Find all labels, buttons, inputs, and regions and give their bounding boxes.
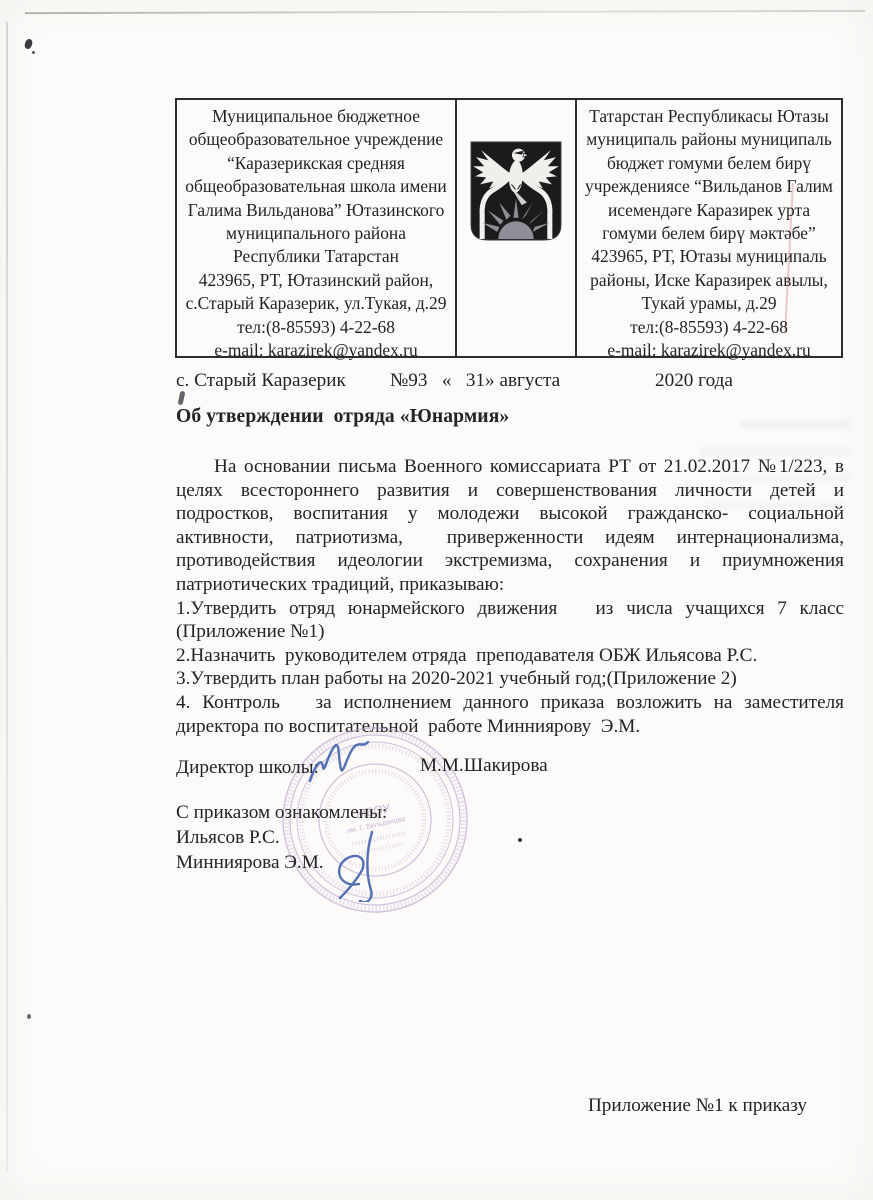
ink-speck <box>32 51 35 54</box>
org-address-tt: 423965, РТ, Ютазы муниципаль районы, Иск… <box>584 245 834 315</box>
org-phone-ru: тел:(8-85593) 4-22-68 <box>184 316 448 339</box>
letterhead-russian: Муниципальное бюджетное общеобразователь… <box>175 98 457 358</box>
coat-of-arms-icon <box>469 140 563 243</box>
director-name: М.М.Шакирова <box>420 755 548 777</box>
letterhead-tatar: Татарстан Республикасы Ютазы муниципаль … <box>575 98 843 358</box>
appendix-reference: Приложение №1 к приказу <box>585 1095 807 1117</box>
letterhead-table: Муниципальное бюджетное общеобразователь… <box>175 98 845 358</box>
org-name-tt: Татарстан Республикасы Ютазы муниципаль … <box>584 105 834 245</box>
org-email-ru: e-mail: karazirek@yandex.ru <box>184 339 448 362</box>
director-autograph <box>302 733 392 791</box>
order-item-4: 4. Контроль за исполнением данного прика… <box>176 691 844 738</box>
director-signature-row: Директор школы: <box>176 755 319 780</box>
org-name-ru: Муниципальное бюджетное общеобразователь… <box>184 105 448 269</box>
order-place: с. Старый Каразерик <box>176 370 346 392</box>
order-subject: Об утверждении отряда «Юнармия» <box>176 406 509 428</box>
order-preamble: На основании письма Военного комиссариат… <box>176 455 844 597</box>
ink-speck <box>518 838 522 842</box>
order-year: 2020 года <box>655 370 733 392</box>
org-phone-tt: тел:(8-85593) 4-22-68 <box>584 316 834 339</box>
letterhead-emblem-cell <box>455 98 577 358</box>
order-item-2: 2.Назначить руководителем отряда препода… <box>176 644 844 668</box>
bleed-through-smudge <box>740 420 850 429</box>
director-label: Директор школы: <box>176 757 319 778</box>
order-item-3: 3.Утвердить план работы на 2020-2021 уче… <box>176 667 844 691</box>
order-item-1: 1.Утвердить отряд юнармейского движения … <box>176 597 844 644</box>
ink-speck <box>24 38 34 50</box>
deputy-autograph <box>327 822 412 902</box>
ink-speck <box>27 1014 31 1019</box>
scan-edge-line-left <box>6 22 8 1172</box>
scan-edge-line <box>25 10 865 14</box>
scanned-order-document: Муниципальное бюджетное общеобразователь… <box>0 0 873 1200</box>
order-number-date: №93 « 31» августа <box>390 370 560 392</box>
org-email-tt: e-mail: karazirek@yandex.ru <box>584 339 834 362</box>
order-body: На основании письма Военного комиссариат… <box>176 455 844 738</box>
order-meta-line: с. Старый Каразерик №93 « 31» августа 20… <box>176 370 845 394</box>
org-address-ru: 423965, РТ, Ютазинский район, с.Старый К… <box>184 269 448 316</box>
